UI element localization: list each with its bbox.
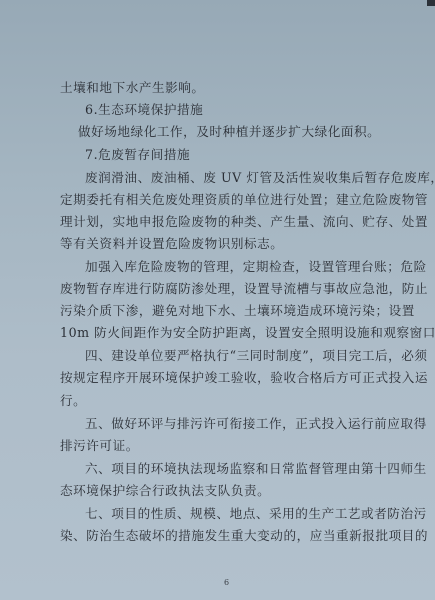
- text-line: 理计划，实地申报危险废物的种类、产生量、流向、贮存、处置: [60, 214, 428, 230]
- text-line: 土壤和地下水产生影响。: [60, 80, 205, 96]
- page-number: 6: [224, 578, 229, 587]
- section-heading-ecology: 6.生态环境保护措施: [85, 102, 203, 118]
- text-line: 等有关资料并设置危险废物识别标志。: [60, 236, 283, 252]
- text-line: 做好场地绿化工作，及时种植并逐步扩大绿化面积。: [78, 124, 380, 140]
- text-line: 行。: [60, 393, 86, 409]
- paragraph-start: 五、做好环评与排污许可衔接工作，正式投入运行前应取得: [85, 416, 427, 432]
- text-line: 10m 防火间距作为安全防护距离，设置安全照明设施和观察窗口。: [60, 325, 435, 341]
- paragraph-start: 四、建设单位要严格执行“三同时制度”，项目完工后，必须: [85, 348, 428, 364]
- paragraph-start: 六、项目的环境执法现场监察和日常监督管理由第十四师生: [85, 461, 427, 477]
- text-line: 染、防治生态破坏的措施发生重大变动的，应当重新报批项目的: [60, 528, 428, 544]
- photo-corner-shadow: [427, 0, 435, 6]
- section-heading-hazardous-waste: 7.危废暂存间措施: [85, 147, 190, 163]
- paragraph-start: 废润滑油、废油桶、废 UV 灯管及活性炭收集后暂存危废库，: [85, 170, 435, 186]
- paragraph-start: 加强入库危险废物的管理，定期检查，设置管理台账；危险: [85, 259, 427, 275]
- text-line: 废物暂存库进行防腐防渗处理，设置导流槽与事故应急池，防止: [60, 281, 428, 297]
- text-line: 污染介质下渗，避免对地下水、土壤环境造成环境污染；设置: [60, 303, 415, 319]
- document-page: 土壤和地下水产生影响。 6.生态环境保护措施 做好场地绿化工作，及时种植并逐步扩…: [0, 0, 435, 600]
- text-line: 态环境保护综合行政执法支队负责。: [60, 483, 270, 499]
- text-line: 定期委托有相关危废处理资质的单位进行处置；建立危险废物管: [60, 192, 428, 208]
- text-line: 按规定程序开展环境保护竣工验收，验收合格后方可正式投入运: [60, 370, 428, 386]
- text-line: 排污许可证。: [60, 438, 139, 454]
- paragraph-start: 七、项目的性质、规模、地点、采用的生产工艺或者防治污: [85, 506, 427, 522]
